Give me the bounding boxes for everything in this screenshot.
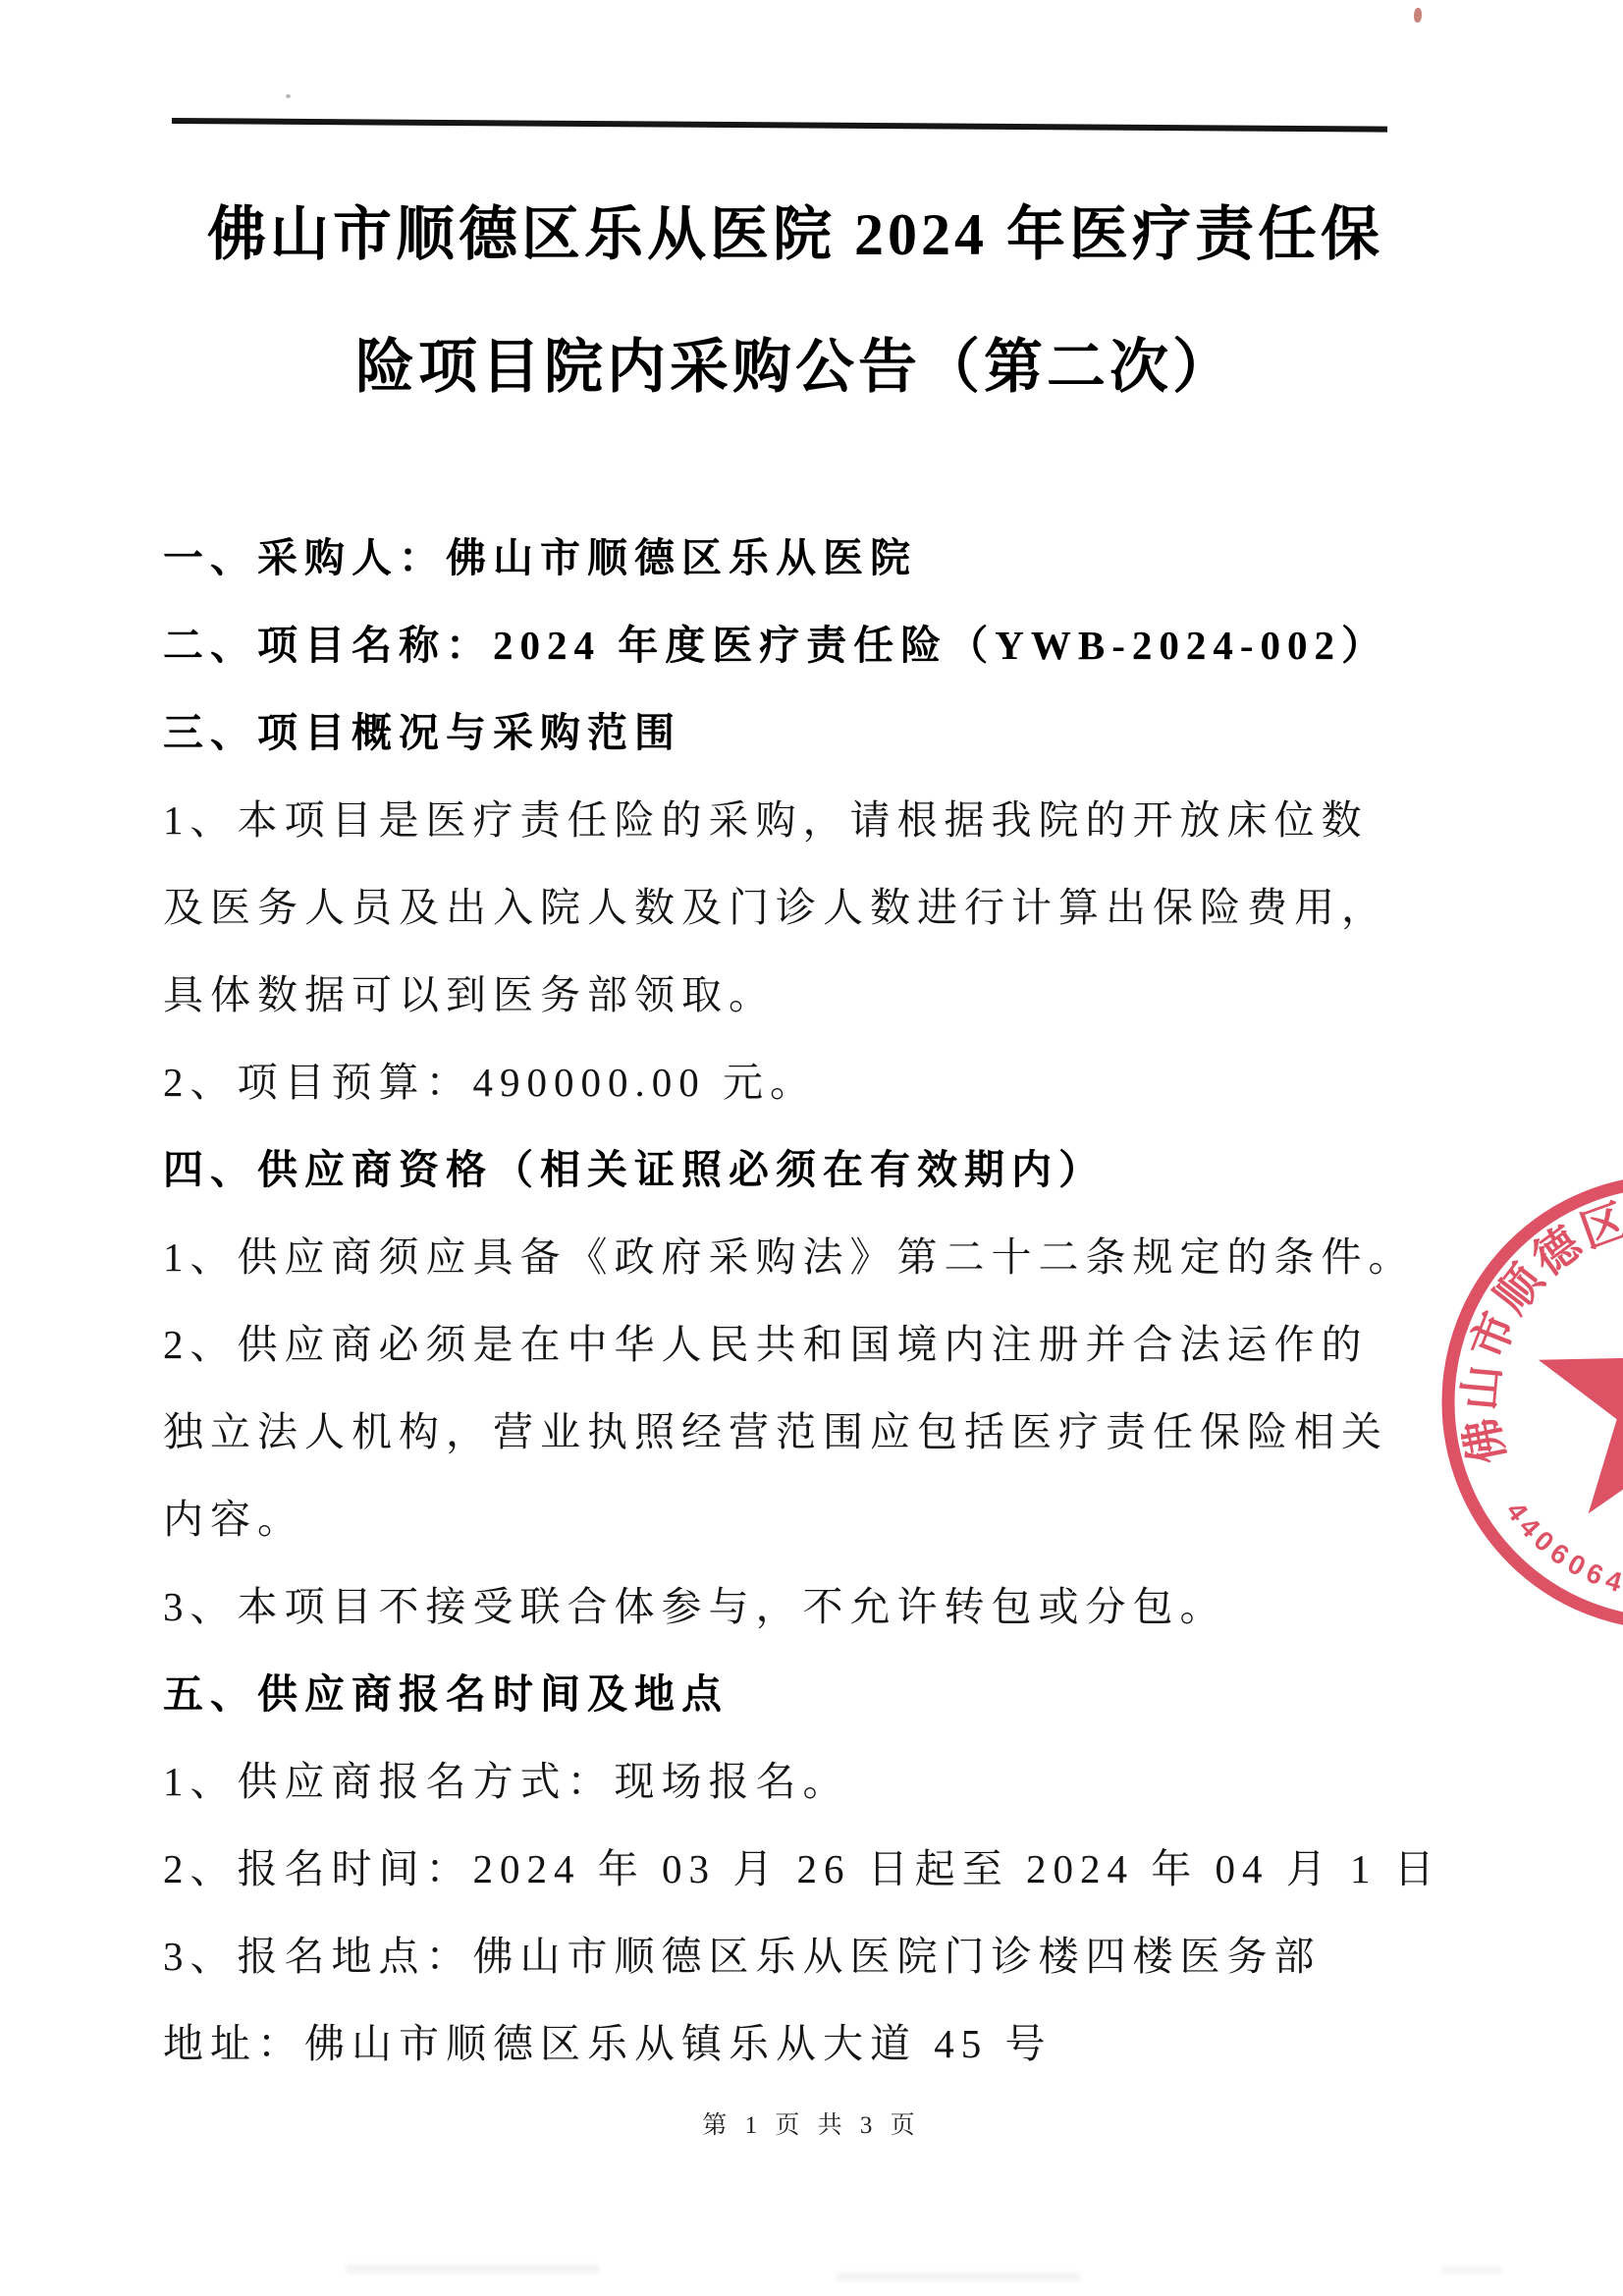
title-divider-line: [172, 118, 1387, 133]
body-line: 内容。: [163, 1476, 1484, 1563]
scan-speck-gray: [286, 94, 291, 98]
scan-speck-red: [1414, 8, 1422, 23]
body-line: 及医务人员及出入院人数及门诊人数进行计算出保险费用，: [163, 864, 1484, 952]
page-bleed-mark: [1441, 2267, 1502, 2273]
body-line: 独立法人机构，营业执照经营范围应包括医疗责任保险相关: [163, 1389, 1484, 1476]
page-bleed-mark: [346, 2265, 599, 2273]
body-line: 2、项目预算：490000.00 元。: [163, 1039, 1484, 1126]
body-line: 五、供应商报名时间及地点: [163, 1651, 1484, 1738]
document-title: 佛山市顺德区乐从医院 2024 年医疗责任保 险项目院内采购公告（第二次）: [157, 169, 1434, 434]
seal-arc-text: 佛山市顺德区: [1454, 1192, 1623, 1468]
page-bleed-mark: [837, 2272, 1080, 2281]
body-line: 1、供应商报名方式：现场报名。: [163, 1738, 1484, 1826]
official-red-seal: 佛山市顺德区 44060645: [1434, 1167, 1623, 1638]
seal-serial-number: 44060645: [1500, 1496, 1623, 1603]
body-line: 一、采购人：佛山市顺德区乐从医院: [163, 515, 1484, 602]
document-title-line1: 佛山市顺德区乐从医院 2024 年医疗责任保: [157, 169, 1434, 301]
document-body: 一、采购人：佛山市顺德区乐从医院二、项目名称：2024 年度医疗责任险（YWB-…: [163, 515, 1484, 2088]
seal-star-icon: [1539, 1265, 1623, 1513]
body-line: 三、项目概况与采购范围: [163, 689, 1484, 777]
body-line: 二、项目名称：2024 年度医疗责任险（YWB-2024-002）: [163, 602, 1484, 689]
page-number: 第 1 页 共 3 页: [0, 2105, 1623, 2141]
body-line: 2、供应商必须是在中华人民共和国境内注册并合法运作的: [163, 1301, 1484, 1389]
body-line: 四、供应商资格（相关证照必须在有效期内）: [163, 1126, 1484, 1214]
body-line: 地址：佛山市顺德区乐从镇乐从大道 45 号: [163, 2000, 1484, 2088]
body-line: 3、报名地点：佛山市顺德区乐从医院门诊楼四楼医务部: [163, 1913, 1484, 2000]
body-line: 具体数据可以到医务部领取。: [163, 952, 1484, 1039]
body-line: 3、本项目不接受联合体参与，不允许转包或分包。: [163, 1563, 1484, 1651]
document-page: { "title": { "line1": "佛山市顺德区乐从医院 2024 年…: [0, 0, 1623, 2296]
body-line: 2、报名时间：2024 年 03 月 26 日起至 2024 年 04 月 1 …: [163, 1826, 1484, 1913]
body-line: 1、本项目是医疗责任险的采购，请根据我院的开放床位数: [163, 777, 1484, 864]
document-title-line2: 险项目院内采购公告（第二次）: [157, 301, 1434, 434]
body-line: 1、供应商须应具备《政府采购法》第二十二条规定的条件。: [163, 1214, 1484, 1301]
